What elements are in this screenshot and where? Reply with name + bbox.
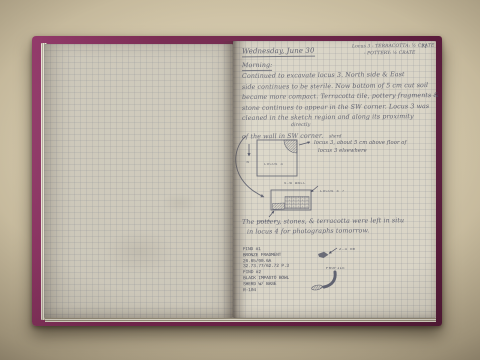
locus-summary-line-1: Locus 3 - TERRACOTTA: ½ CRATE xyxy=(352,44,434,50)
size-label: 2-3 cm xyxy=(339,248,356,252)
hatched-sherd-area xyxy=(284,140,297,153)
wall-label: S-W WALL xyxy=(284,182,306,186)
annotation-insert: sherd xyxy=(329,134,342,139)
plan-square-locus3 xyxy=(257,140,297,176)
entry-date: Wednesday, June 30 xyxy=(242,47,315,57)
brick-stone-fill xyxy=(285,197,309,209)
annotation-line-1: locus 3, about 5 cm above floor of xyxy=(314,140,408,146)
plan-locus3-label: LOCUS 3 xyxy=(264,163,283,167)
bronze-fragment-sketch xyxy=(318,252,329,258)
locus3-pointer-arrow xyxy=(269,211,274,217)
north-label: N xyxy=(247,161,250,165)
locus4-label: LOCUS 4 ? xyxy=(320,190,345,194)
inserted-word: directly xyxy=(291,123,310,128)
note-line: became more compact. Terracotta tile, po… xyxy=(242,92,439,101)
note-line: in locus 4 for photographs tomorrow. xyxy=(247,227,369,235)
profile-label: PROFILE xyxy=(326,267,345,271)
locus4-pointer-arrow xyxy=(311,186,318,192)
locus3-hatch-strip xyxy=(273,203,285,209)
section-heading: Morning: xyxy=(242,62,272,71)
note-line: of the wall in SW corner. xyxy=(242,133,323,141)
page-smudge xyxy=(104,229,174,274)
note-line: Continued to excavate locus 3. North sid… xyxy=(242,71,405,80)
left-page-blank xyxy=(44,44,233,318)
note-line: side continues to be sterile. Now bottom… xyxy=(242,82,428,91)
curved-arrow-plan-to-section xyxy=(236,136,264,197)
finds-list: FIND #1 BRONZE FRAGMENT 26.65/90.6A 32.7… xyxy=(243,247,289,294)
locus-summary-line-2: - POTTERY: ½ CRATE xyxy=(364,51,415,57)
find-line: R-104 xyxy=(243,287,289,293)
note-line: cleaned in the sketch region and along i… xyxy=(242,113,414,122)
note-line: stone continues to appear in the SW corn… xyxy=(242,103,429,112)
section-rect xyxy=(271,190,311,210)
annotation-line-2: locus 3 elsewhere xyxy=(318,148,367,154)
right-page: 71 Wednesday, June 30 Locus 3 - TERRACOT… xyxy=(233,41,436,318)
notebook: 71 Wednesday, June 30 Locus 3 - TERRACOT… xyxy=(32,36,442,326)
page-smudge xyxy=(162,192,196,214)
note-line: The pottery, stones, & terracotta were l… xyxy=(242,217,404,226)
photo-of-open-notebook: 71 Wednesday, June 30 Locus 3 - TERRACOT… xyxy=(0,0,480,360)
size-arrow xyxy=(329,248,337,254)
sherd-profile-sketch xyxy=(324,272,335,287)
sherd-base-sketch xyxy=(311,284,323,291)
annotation-arrow xyxy=(299,142,310,145)
